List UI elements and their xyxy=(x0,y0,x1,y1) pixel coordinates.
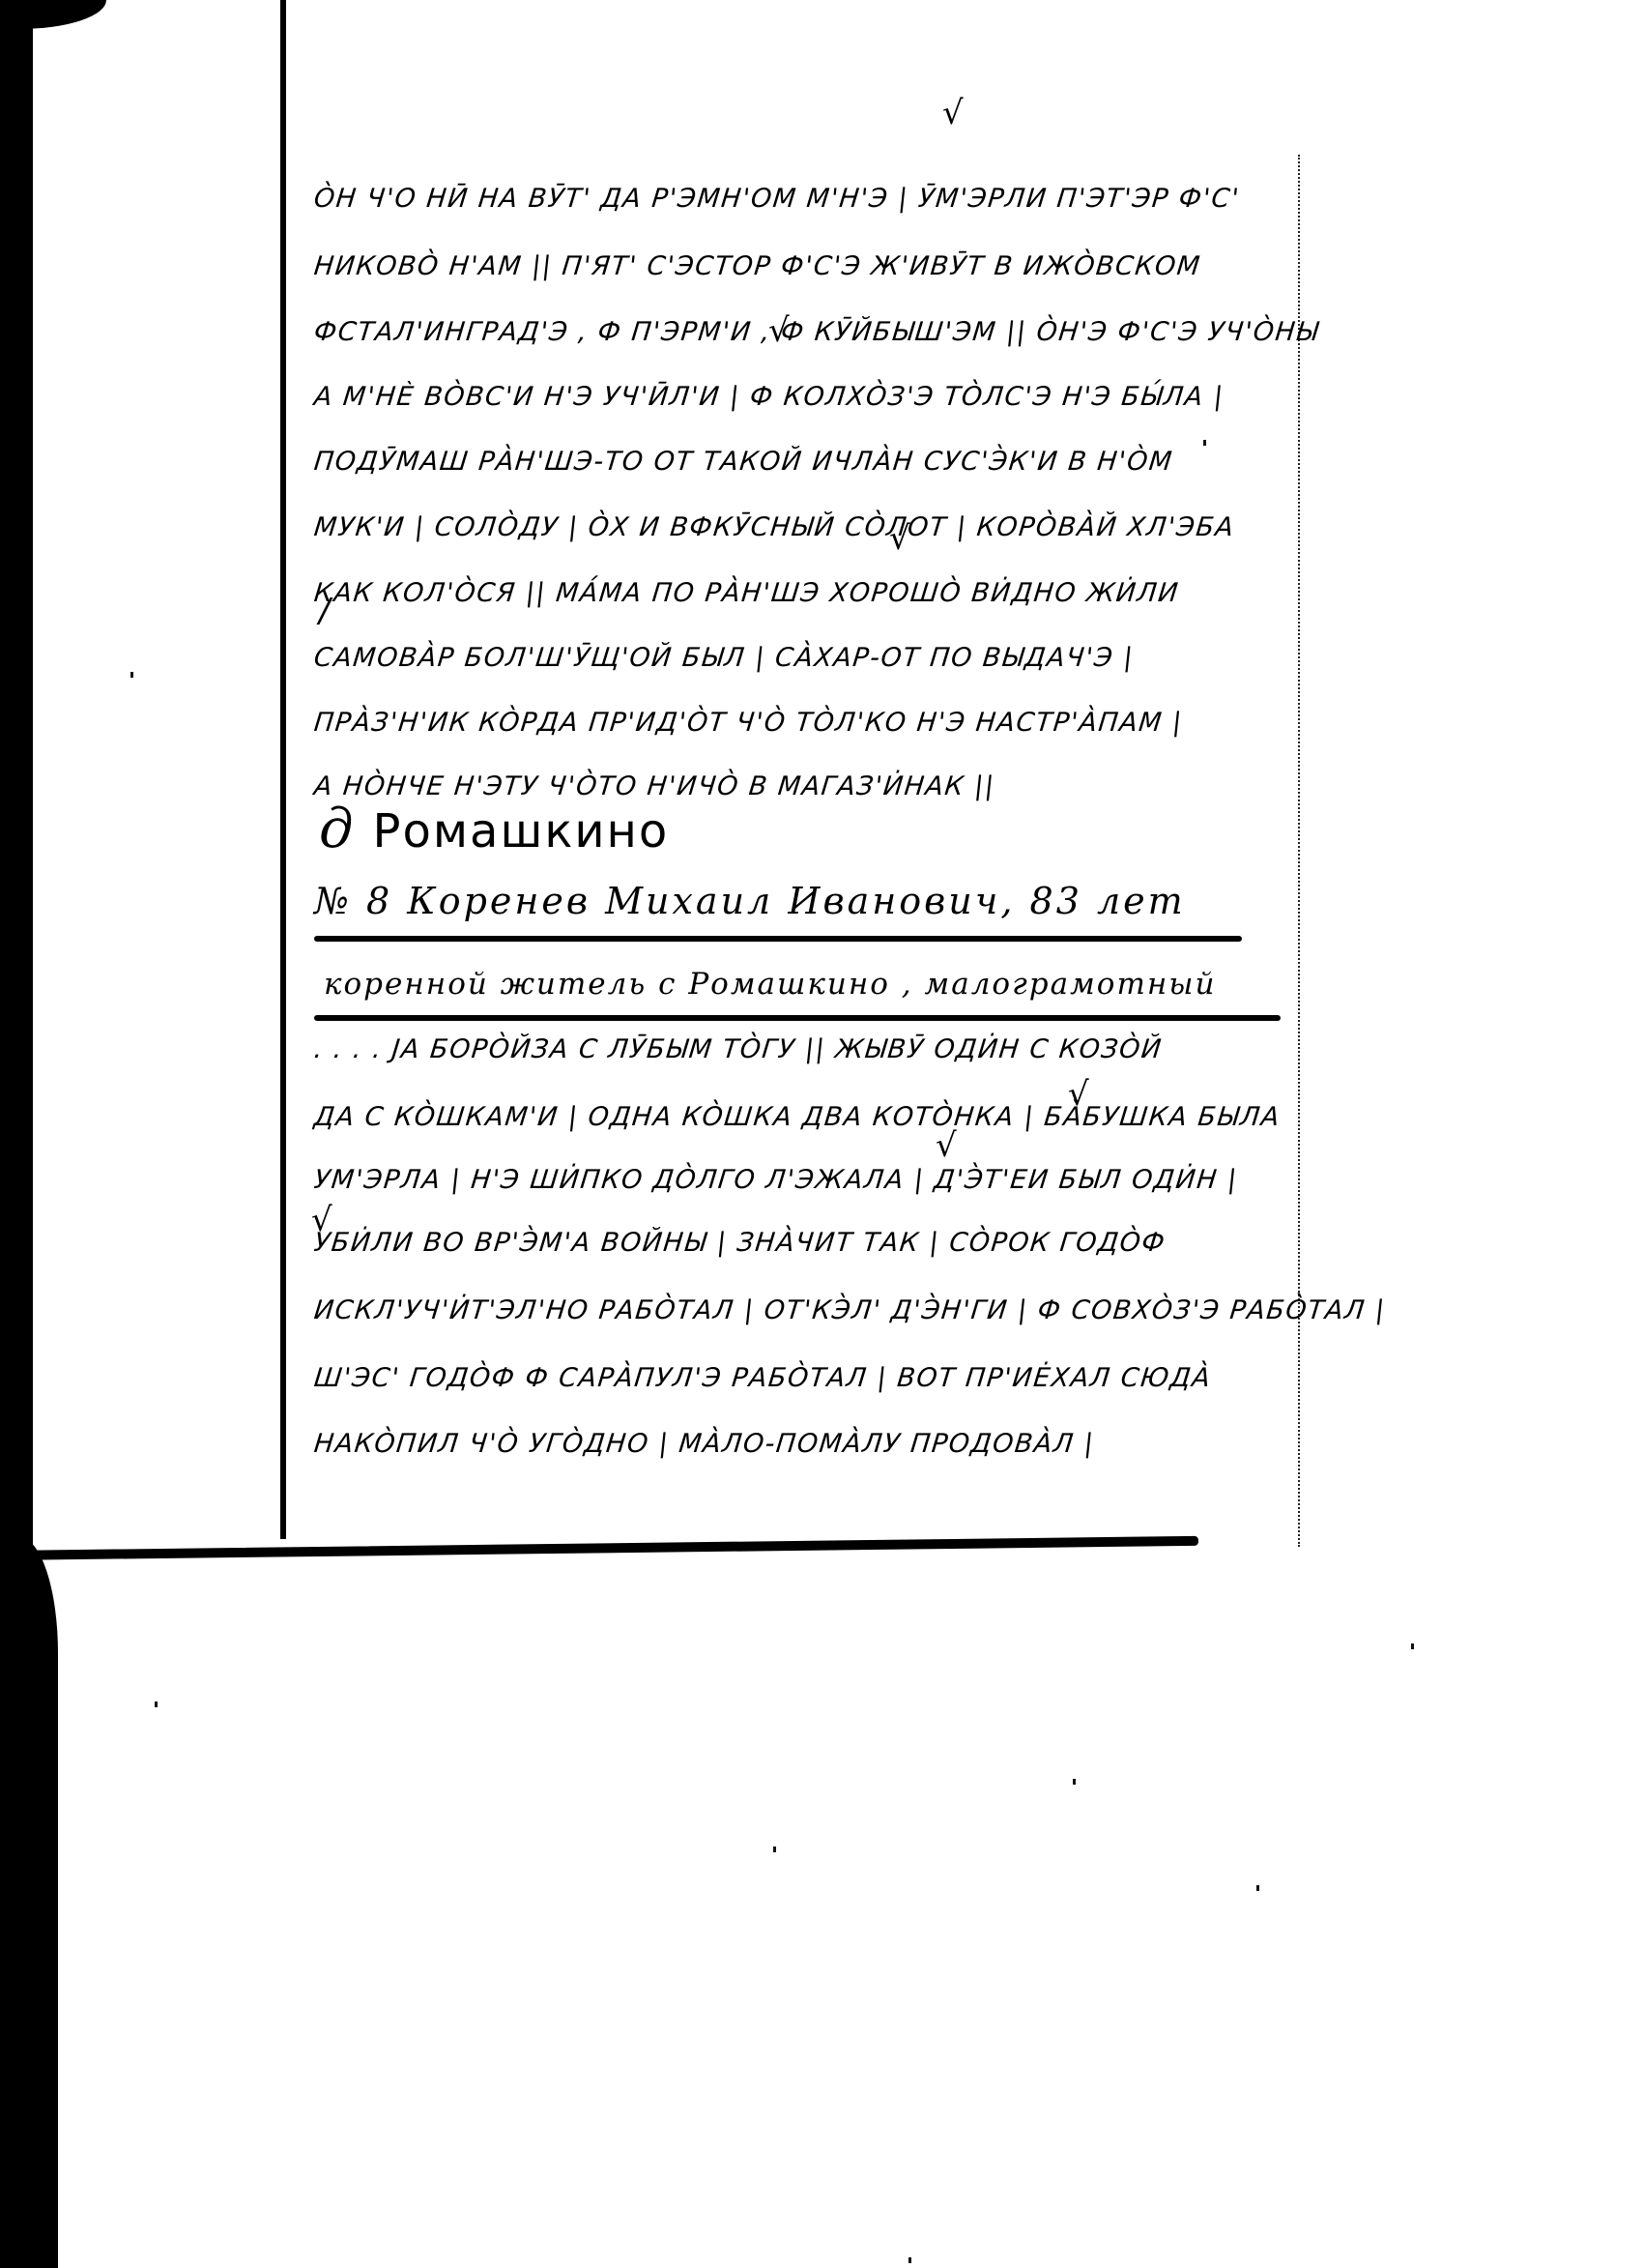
informant-note: коренной житель с Ромашкино , малограмот… xyxy=(324,967,1216,1002)
village-heading: дРомашкино xyxy=(319,798,669,860)
page-bottom-edge xyxy=(0,1536,1198,1560)
page-margin-rule xyxy=(280,0,286,1539)
transcription-line: нако̀пил ч'о̀ уго̀дно | ма̀ло-пома̀лу пр… xyxy=(312,1429,1096,1459)
transcription-line: фстал'инград'э , ф п'эрм'и , ф кӯйбыш'эм… xyxy=(312,317,1320,347)
transcription-line: как кол'о̀ся || ма́ма по ра̀н'шэ хорошо̀… xyxy=(312,578,1180,608)
checkmark-icon: √ xyxy=(936,1129,957,1162)
transcription-line: мук'и | соло̀ду | о̀х и вфкӯсный со̀лот … xyxy=(312,512,1236,542)
transcription-line: пра̀з'н'ик ко̀рда пр'ид'о̀т ч'о̀ то̀л'ко… xyxy=(312,708,1184,738)
page-right-edge xyxy=(1298,155,1302,1547)
transcription-line: никово̀ н'ам || п'ят' с'эстор ф'с'э ж'ив… xyxy=(312,251,1202,281)
scan-speck xyxy=(130,672,133,678)
checkmark-icon: √ xyxy=(942,97,964,130)
scan-dark-edge-top xyxy=(0,0,106,29)
informant-underline xyxy=(314,936,1242,942)
transcription-line: о̀н ч'о нӣ на вӯт' да р'эмн'ом м'н'э | ӯ… xyxy=(312,184,1241,214)
transcription-line: уби̇ли во вр'э̀м'а войны | зна̀чит так |… xyxy=(312,1228,1167,1258)
informant-line: № 8 Коренев Михаил Иванович, 83 лет xyxy=(314,880,1186,922)
transcription-line: ш'эс' годо̀ф ф сара̀пул'э рабо̀тал | вот… xyxy=(312,1363,1213,1393)
scan-speck xyxy=(1256,1885,1259,1891)
scan-speck xyxy=(155,1701,158,1707)
transcription-line: искл'уч'и̇т'эл'но рабо̀тал | от'кэ̀л' д'… xyxy=(312,1295,1387,1325)
transcription-line: самова̀р бол'ш'ӯщ'ой был | са̀хар-от по … xyxy=(312,643,1135,673)
informant-note-underline xyxy=(314,1015,1281,1021)
scan-speck xyxy=(773,1846,776,1852)
scan-page-curl-shadow xyxy=(19,1537,58,2268)
transcription-line: а м'нѐ во̀вс'и н'э уч'ӣл'и | ф колхо̀з'э… xyxy=(312,382,1225,412)
scan-speck xyxy=(1073,1779,1076,1785)
transcription-line: ум'эрла | н'э ши̇пко до̀лго л'эжала | д'… xyxy=(312,1165,1239,1195)
village-prefix: д xyxy=(319,798,356,860)
village-name: Ромашкино xyxy=(373,804,670,858)
scan-speck xyxy=(1203,440,1206,446)
transcription-line: подӯмаш ра̀н'шэ-то от такой ичла̀н сус'э… xyxy=(312,447,1174,477)
scan-speck xyxy=(1411,1643,1414,1649)
transcription-line: . . . . ja боро̀йза с лӯбым то̀гу || жыв… xyxy=(312,1034,1164,1064)
transcription-line: да с ко̀шкам'и | одна ко̀шка два кото̀нк… xyxy=(312,1102,1282,1132)
scan-speck xyxy=(908,2257,911,2263)
